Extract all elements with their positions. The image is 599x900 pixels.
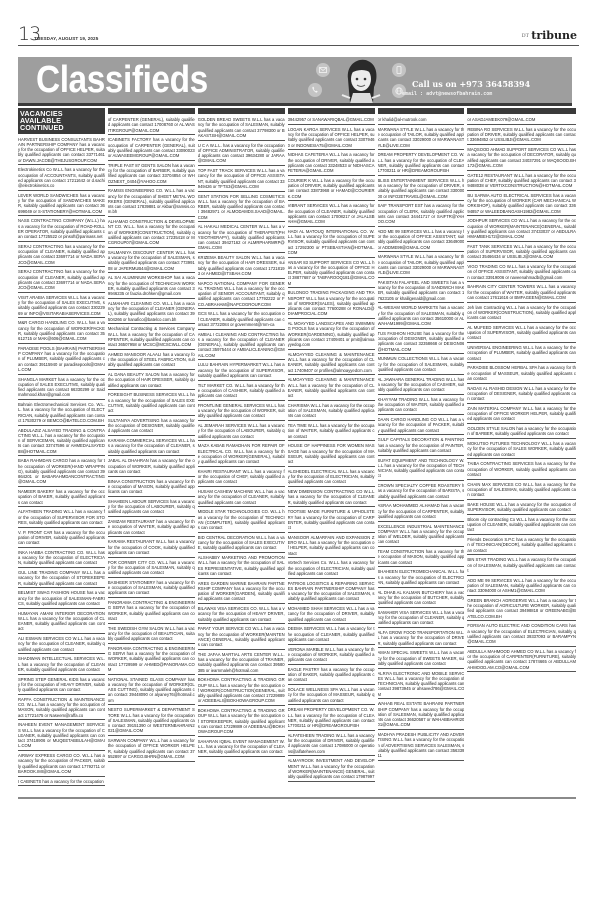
classified-ad: AL JAWHARA GENERAL TRADING W.L.L has a v… (378, 376, 465, 395)
classified-ad: DEEMA SERVICES W.L.L has a vacancy for t… (288, 625, 375, 644)
page-header: 13 TUESDAY, AUGUST 19, 2025 DTtribune (18, 27, 579, 46)
classified-ad: HUSAM CASHEW MACHINE W.L.L has a vacancy… (198, 488, 285, 507)
email-icon (316, 63, 330, 77)
classified-ad: ANSAR 83 SUPPORT SERVICES CO W.L.L has a… (288, 259, 375, 289)
classified-ad: FOR CORNER CITY CO. W.L.L has a vacancy … (108, 559, 195, 578)
classified-ad: HOUSE OF HAPPINESS FOR WOMEN MASSAGE has… (288, 442, 375, 467)
classified-ad: EAGLE PASTRY has a vacancy for the occup… (288, 666, 375, 685)
classified-ad: SULTANIYA ADVERTISING has a vacancy for … (108, 417, 195, 436)
classified-ad: ALMOAYYED CLEANING & MAINTENANCE W.L.L h… (288, 351, 375, 376)
classified-ad: CROWN SPECIALTY COFFEE ROASTERY has a va… (378, 482, 465, 501)
column-3: GOLDEN BREAD SWEETS W.L.L has a vacancy … (198, 108, 285, 794)
classified-ad: AMAN SPECIAL SWEETS W.L.L has a vacancy … (378, 649, 465, 668)
classified-ad: SHAHEEN LABOUR SERVICES has a vacancy fo… (108, 498, 195, 517)
classified-ad: BASHEER STATIONERY has a vacancy for the… (108, 579, 195, 598)
classified-ad: WAHAB REAL ESTATE BAHRAINI PARTNERSHIP C… (378, 700, 465, 730)
classified-ad: ALFATEHEEN TRADING W.L.L has a vacancy f… (288, 732, 375, 757)
classified-ad: RAMSIS ENGINEERING CO. W.L.L has a vacan… (108, 187, 195, 217)
classified-ad: GOLDEN STYLE SALON has a vacancy for the… (467, 425, 576, 439)
column-top-bar (198, 108, 285, 114)
classified-ad: SAMAHER VISA SERVICES W.L.L has a vacanc… (378, 609, 465, 628)
classified-ad: VIBRANT SERVICES W.L.L has a vacancy for… (288, 202, 375, 227)
classified-ad: 39442957 or SANAWARIQBAL@GMAIL.COM (288, 116, 375, 125)
classified-ad: BOKHOWA CONTRACTING & TRADING GROUP W.L.… (198, 707, 285, 737)
classified-ad: SOLACE WELLNESS SPA W.L.L has a vacancy … (288, 686, 375, 705)
classified-ad: BABA RAHMDAN CARGO has a vacancy for the… (18, 457, 105, 487)
bottom-rule (18, 797, 576, 799)
classified-ad: BAHRAIN CITY CENTER TOWERS W.L.L has a v… (467, 283, 576, 302)
classified-ad: AL DHAB AL KALMAN BUTCHERY has a vacancy… (378, 589, 465, 608)
classified-ad: SPRING STEP GENERAL KIDS has a vacancy f… (18, 676, 105, 695)
classified-ad: THE SWEDISH GYM SALON W.L.L has a vacanc… (108, 625, 195, 644)
column-2: of CARPENTER (GENERAL), suitably qualifi… (108, 108, 195, 794)
classified-ad: U C A W.L.L. has a vacancy for the occup… (198, 142, 285, 167)
classified-ad: HUMAYAN AMANI INTERIOR DECORATION W.L.L … (18, 610, 105, 635)
classified-ad: KARAMA RESTAURANT W.L.L has a vacancy fo… (108, 538, 195, 557)
classified-ad: BELMIST SWAG FASHION HOUSE has a vacancy… (18, 589, 105, 608)
classified-ad: FORESIGHT BUSINESS SERVICES W.L.L has a … (108, 391, 195, 416)
classified-ad: INAHEEN EVENT MANAGEMENT SERVICES W.L.L … (18, 721, 105, 751)
classified-ad: FRONTLINE GENERAL SERVICES W.L.L has a v… (198, 402, 285, 421)
classified-ad: MOHAMED SHAH SERVICES W.L.L has a vacanc… (288, 605, 375, 624)
classified-ad: TAIBA CONTRACTING SERVICES has a vacancy… (467, 460, 576, 479)
classified-ad: ARES GARDEN MARINE BAHRAIN PARTNERSHIP C… (198, 580, 285, 605)
classified-ad: AHMED MANSOOR ALAALI has a vacancy for t… (108, 351, 195, 370)
phone-icon (308, 83, 322, 97)
classified-ad: ALRIYA ELECTRONIC AND MOBILE SERVICES W.… (378, 670, 465, 700)
classified-ad: NATIONAL STAINED GLASS COMPANY has a vac… (108, 676, 195, 706)
classified-ad: Bloom city contracting Co W.L.L has a va… (467, 516, 576, 535)
page-date: TUESDAY, AUGUST 19, 2025 (34, 36, 98, 41)
classified-ad: ABDULAZIZ ALSAYED TRADING & CONTRACTING … (18, 427, 105, 457)
classified-ad: GREEN BRANCH AGRIGERVE W.L.L has a vacan… (467, 597, 576, 622)
classified-ad: DREAM PROPERTY DEVELOPMENT CO. W.L.L has… (378, 151, 465, 176)
classified-ad: MARWANA STYLE W.L.L has a vacancy for th… (378, 253, 465, 278)
column-top-bar (108, 108, 195, 114)
classified-ad: TEA TIME W.L.L has a vacancy for the occ… (288, 422, 375, 441)
classified-ad: ADD ME 99 SERVICES W.L.L has a vacancy f… (378, 228, 465, 253)
classifieds-banner: Classifieds (18, 57, 272, 106)
mobile-icon (392, 63, 406, 77)
classified-ad: FORSAN AUTO ELECTRIC AND CONDITION CARS … (467, 622, 576, 647)
classified-ad: AL-WESAM WORLD MARKETS has a vacancy for… (378, 304, 465, 329)
classified-ad: NAMEER BAKERY has a vacancy for the occu… (18, 488, 105, 507)
classified-ad: COURIER K W.L.L has a vacancy for the oc… (288, 177, 375, 202)
classified-ad: AMBAL I CLEANING AND CONTRACTING has a v… (198, 331, 285, 361)
classified-ad: LEVER WORLD SANDWICHES has a vacancy for… (18, 192, 105, 217)
column-top-bar (378, 108, 465, 114)
classified-ad: MARWANA STYLE W.L.L has a vacancy for th… (378, 126, 465, 151)
mascot-illustration (340, 57, 382, 103)
classified-ad: SERAJ CONTRACTING has a vacancy for the … (18, 268, 105, 293)
classified-ad: BILAWAS VISA SERVICES CO. W.L.L has a va… (198, 605, 285, 624)
classified-ad: SAHARAN IQBAL EVENT MANAGEMENT W.L.L. ha… (198, 738, 285, 757)
classified-ad: ALMAHARI CLEANING CO. W.L.L has a vacanc… (108, 300, 195, 325)
page-number: 13 (18, 23, 40, 45)
column-6: or ASADJAMEEK079@GMAIL.COMREBINA RO SERV… (467, 108, 576, 794)
classified-ad: ALHAMAD CONSTRUCTION & DEVELOPMENT CO. W… (108, 218, 195, 248)
classified-ad: DREAM PROPERTY DEVELOPMENT CO. W.L.L has… (288, 706, 375, 731)
classified-ad: VIGO TRADING CO W.L.L has a vacancy for … (467, 263, 576, 282)
classified-ad: PARADISE POOLS (BAHRAIN) PARTNERSHIP COM… (18, 345, 105, 375)
brand-name: tribune (531, 29, 577, 42)
classified-ad: BULONGO TRADING PACKAGING AND TRANSPORT … (288, 289, 375, 319)
classified-ad: MADHYA PRADESH PUBLICITY AND ADVERTISING… (378, 731, 465, 761)
classified-ad: MUNMUN COLLECTIONS W.L.L has a vacancy f… (378, 355, 465, 374)
classified-ad: SERAJ CONTRACTING has a vacancy for the … (18, 243, 105, 268)
classified-ad: MAZA KABAB RAMADHAN FOR REPAIR OF ELECTR… (198, 442, 285, 467)
classified-ad: TUS FASHION HOUSE has a vacancy for the … (378, 330, 465, 355)
classified-ad: MOKUTSO FUTURES TECHNOLOGY W.L.L has a v… (467, 440, 576, 459)
classified-ad: BU SARWA AUTO ELECTRICAL SERVICES has a … (467, 192, 576, 217)
classified-ad: TOOTSIE MADE FURNITURE & UPHOLSTERY has … (288, 508, 375, 533)
classified-ad: I CABINETS has a vacancy for the occupat… (18, 778, 105, 787)
classified-ad: AL DANA BEAUTY SALON has a vacancy for t… (108, 371, 195, 390)
banner-title: Classifieds (36, 57, 208, 103)
classified-ad: BINAA CONSTRUCTION has a vacancy for the… (108, 478, 195, 497)
classified-ad: BOKHOWA CONTRACTING & TRADING GROUP W.L.… (198, 676, 285, 706)
classified-ad: ADD ME 99 SERVICES W.L.L has a vacancy f… (467, 577, 576, 596)
classified-ad: DAAN CARGO HANDLING CO W.L.L has a vacan… (378, 416, 465, 435)
classified-ad: BID CENTRAL DECORATION W.L.L has a vacan… (198, 534, 285, 553)
classified-ad: Friends Decoration S.P.C has a vacancy f… (467, 536, 576, 555)
classified-ad: ALGHEDEL ELECTRICAL W.L.L has a vacancy … (288, 468, 375, 487)
classified-ad: ASRAA MOHAMMED ALHAMAD has a vacancy for… (378, 502, 465, 521)
classified-ad: PARADISE BLOSSOM HERBAL SPA has a vacanc… (467, 364, 576, 383)
classified-ad: ZAIN MATERIAL COMPANY W.L.L has a vacanc… (467, 405, 576, 424)
classified-ad: SARWAN COMPANY W.L.L has a vacancy for t… (108, 737, 195, 762)
classified-ad: GATE12 RESTAURANT W.L.L has a vacancy fo… (467, 172, 576, 191)
classified-ad: MIDDLE STAR TECHNOLOGIES CO. W.L.L has a… (198, 508, 285, 533)
column-1: VACANCIES AVAILABLE CONTINUED HARVEST BU… (18, 108, 105, 794)
brand-logo: DTtribune (520, 29, 577, 42)
classified-ad: NESTO SUPERMARKET & DEPARTMENT STORE W.L… (108, 706, 195, 736)
classified-ad: TILT MARKET CO. W.L.L has a vacancy for … (198, 382, 285, 401)
classified-ad: EXCELLENCE INDUSTRIAL MAINTENANCE COMPAN… (378, 523, 465, 548)
classified-ad: ZAMZAM RESTAURANT has a vacancy for the … (108, 518, 195, 537)
classified-ad: NEW DIMENSION CONTRACTING CO W.L.L has a… (288, 488, 375, 507)
classified-ad: REBINA RO SERVICES W.L.L has a vacancy f… (467, 126, 576, 145)
classified-ad: PAKISTAN FALAFEEL AND SWEETS has a vacan… (378, 279, 465, 304)
classified-ad: GUL LINE TRADING COMPANY W.L.L has a vac… (18, 569, 105, 588)
column-top-bar (288, 108, 375, 114)
email-text: email : advt@newsofbahrain.com (402, 91, 492, 97)
classified-ad: M&R CARGO HANDLING CO. W.L.L has a vacan… (18, 319, 105, 344)
classified-ad: GOLDEN BREAD SWEETS W.L.L has a vacancy … (198, 116, 285, 141)
classified-ad: KARAMA COMMERCIAL SERVICES W.L.L has a v… (108, 437, 195, 456)
classified-ad: PARAT YOUR SERVICE CO W.L.L has a vacanc… (198, 625, 285, 650)
classified-ad: AL MUFEED SERVICES W.L.L has a vacancy f… (467, 324, 576, 343)
classified-ad: ABDULLA MAHMOOD AHMED CO W.L.L has a vac… (467, 648, 576, 673)
classified-ad: ALSHABBY MARKETING AND PROMOTION W.L.L h… (198, 554, 285, 579)
classified-ad: PATRIOS LOGISTICS & REPAIRING SERVICES B… (288, 580, 375, 605)
classified-ad: BIN STAR TRADING W.L.L has a vacancy for… (467, 556, 576, 575)
classified-ad: ICABINETS FACTORY has a vacancy for the … (108, 136, 195, 161)
classified-ad: KHAIRI RESTAURANT W.L.L has a vacancy fo… (198, 468, 285, 487)
classified-ad: TEAM CONSTRUCTION has a vacancy for the … (378, 548, 465, 567)
classified-ad: BAKE HOUSE W.L.L has a vacancy for the o… (467, 501, 576, 515)
classified-ad: ALFA GROW FOOD TRANSPORTATION W.L.L has … (378, 629, 465, 648)
classified-ad: MAQSOOD AHMAD SUPPORT SERVICES CO W.L.L … (467, 146, 576, 171)
classified-ad: ALI ESMAIN SERVICES CO W.L.L has a vacan… (18, 635, 105, 654)
classified-ad: ALFATHEEN TRADING W.L.L has a vacancy fo… (18, 508, 105, 527)
classified-ad: SUFAT EQUIPMENT AND TECHNOLOGY W.L.L has… (378, 457, 465, 482)
classified-ad: AIRWAY EXPRESS CARGO CO. W.L.L has a vac… (18, 752, 105, 777)
classified-ad: GCS W.L.L has a vacancy for the occupati… (198, 310, 285, 329)
call-us-text: Call us on +973 36458394 (412, 79, 530, 89)
classified-ad: AL MOAYYED LANDSCAPES AND SWIMMING POOLS… (288, 320, 375, 350)
classified-ad: NIDHAS CAFETERIA W.L.L has a vacancy for… (288, 151, 375, 176)
column-top-bar (467, 108, 576, 114)
classified-ad: PANORAMA CONTRACTING & ENGINEERING SERVI… (108, 645, 195, 675)
section-heading: VACANCIES AVAILABLE CONTINUED (18, 108, 105, 134)
classified-ad: AL JEMARAH SERVICES W.L.L has a vacancy … (198, 422, 285, 441)
classified-ad: MANSOOR ALMARFAIN AND EXPANSION ZERO W.L… (288, 534, 375, 559)
classified-ad: AL HAKALI MEDICAL CENTER W.L.L has a vac… (198, 223, 285, 253)
classified-ad: NADAS AL RASHID DESIGN W.L.L has a vacan… (467, 385, 576, 404)
contact-banner: Call us on +973 36458394 email : advt@ne… (272, 57, 572, 106)
classified-ad: FAST TANK SERVICES W.L.L has a vacancy f… (467, 243, 576, 262)
classified-ad: SHAHEEN ELECTROMECHANICAL W.L.L has a va… (378, 568, 465, 587)
classified-ad: Jeh lam Contracting W.L.L has a vacancy … (467, 304, 576, 323)
classifieds-columns: VACANCIES AVAILABLE CONTINUED HARVEST BU… (18, 108, 576, 794)
classified-ad: JABAL AL DHAHRAN has a vacancy for the o… (108, 457, 195, 476)
classified-ad: BLISS ENTERTAINMENT SERVICES W.L.L has a… (378, 177, 465, 202)
classified-ad: GENT STATION FOR SELLING COSMETICS W.L.L… (198, 193, 285, 223)
classified-ad: NAPCO NATIONAL COMPANY FOR GENERAL TRADI… (198, 280, 285, 310)
classified-ad: SALMANIYA DISCOUNT CENTER W.L.L has a va… (108, 249, 195, 274)
classified-ad: JODHPUR SERVICES CO W.L.L has a vacancy … (467, 217, 576, 242)
classified-ad: Electrokinetics Co W.L.L has a vacancy f… (18, 166, 105, 191)
column-5: or khalid@al-mutrook.comMARWANA STYLE W.… (378, 108, 465, 794)
classified-ad: HADI AL MATOUQ INTERNATIONAL CO. W.L.L h… (288, 228, 375, 258)
column-4: 39442957 or SANAWARIQBAL@GMAIL.COMLOGAN … (288, 108, 375, 794)
classified-ad: TOP FAST TRACK SERVICES W.L.L has a vaca… (198, 167, 285, 192)
classified-ad: Bahrain Electromechanical Services Co. W… (18, 401, 105, 426)
classified-ad: INKA HABBA CONTRACTING CO. W.L.L has a v… (18, 549, 105, 568)
classified-ad: KRIZEMA BEAUTY SALON W.L.L has a vacancy… (198, 254, 285, 279)
classified-ad: TRIPLE FAST 87 GENTS SALON has a vacancy… (108, 162, 195, 187)
classified-ad: V. P. FRONT CAR has a vacancy for the oc… (18, 529, 105, 548)
classified-ad: SHADIWAN INTELLECTUAL SERVICES W.L.L has… (18, 655, 105, 674)
classified-ad: or ASADJAMEEK079@GMAIL.COM (467, 116, 576, 125)
classified-ad: GULF CAPITALS DECORATION & PAINTING has … (378, 436, 465, 455)
brand-mark-icon: DT (520, 34, 530, 39)
classified-ad: ALMOAYYED CLEANING & MAINTENANCE W.L.L h… (288, 376, 375, 401)
classified-ad: VISIT ARABIA SERVICES W.L.L has a vacanc… (18, 294, 105, 319)
classified-ad: Vortech Services Co. W.L.L has a vacancy… (288, 559, 375, 578)
classified-ad: THE JAFAA MARTIAL ARTS CENTER W.L.L. has… (198, 651, 285, 676)
classified-ad: VERONA MARBLE W.L.L has a vacancy for th… (288, 646, 375, 665)
classified-ad: CHAIN MAX SERVICES CO W.L.L has a vacanc… (467, 481, 576, 500)
classified-ad: Mechanical Contracting & Services Compan… (108, 325, 195, 350)
classified-ad: of CARPENTER (GENERAL), suitably qualifi… (108, 116, 195, 135)
classified-ad: SHANGLA MARKET has a vacancy for the occ… (18, 376, 105, 401)
classified-ad: RAFFA CONSTRUCTION & MAINTENANCE CO. W.L… (18, 696, 105, 721)
classified-ad: LULU BAHRAIN HYPERMARKET W.L.L has a vac… (198, 361, 285, 380)
classified-ad: ALMAYROOK INVESTMENT AND DEVELOPMENT W.L… (288, 757, 375, 782)
classified-ad: AL SAI ALUMINIUM WORKSHOP has a vacancy … (108, 274, 195, 299)
classified-ad: LOGAN KARGA SERVICES W.L.L has a vacancy… (288, 126, 375, 151)
classified-ad: CHARISMA W.L.L has a vacancy for the occ… (288, 402, 375, 421)
classified-ad: HARVEST BUSINESS CONSULTANTS BAHRAIN PAR… (18, 136, 105, 166)
classified-ad: or khalid@al-mutrook.com (378, 116, 465, 125)
classified-ad: SAIF TRANSPORT EST has a vacancy for the… (378, 202, 465, 227)
classified-ad: NASS CONTRACTING COMPANY (W.L.L) has a v… (18, 217, 105, 242)
classified-ad: KHAYYAM TRADING W.L.L has a vacancy for … (378, 396, 465, 415)
classified-ad: PANORAMA CONTRACTING & ENGINEERING SERVI… (108, 599, 195, 624)
classified-ad: UNIVERSAL ENGINEERING W.L.L has a vacanc… (467, 344, 576, 363)
